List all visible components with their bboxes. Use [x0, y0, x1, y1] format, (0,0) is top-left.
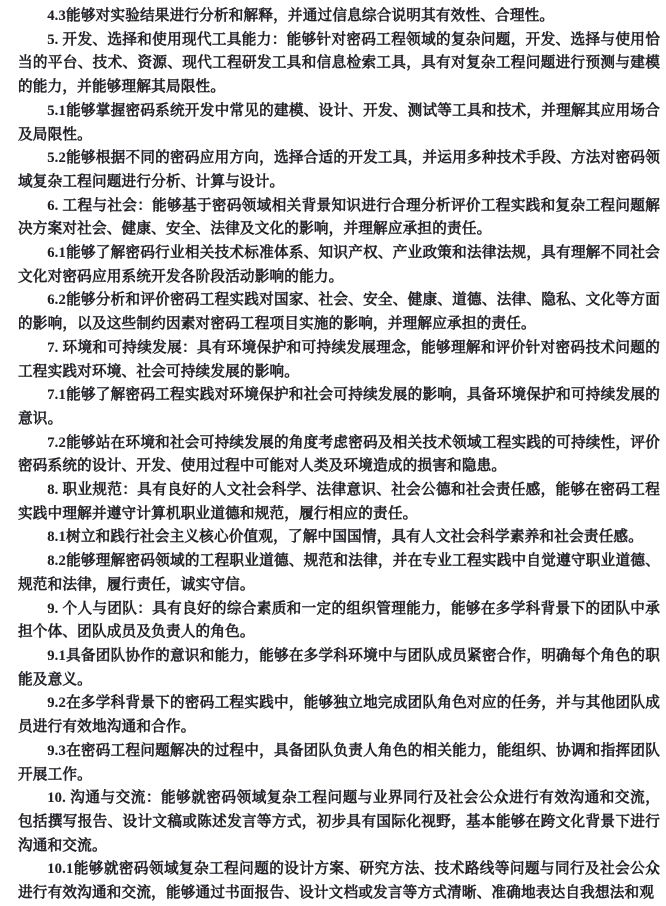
- paragraph-5-2: 5.2能够根据不同的密码应用方向，选择合适的开发工具，并运用多种技术手段、方法对…: [18, 147, 660, 194]
- paragraph-6-2: 6.2能够分析和评价密码工程实践对国家、社会、安全、健康、道德、法律、隐私、文化…: [18, 289, 660, 336]
- paragraph-9-1: 9.1具备团队协作的意识和能力，能够在多学科环境中与团队成员紧密合作，明确每个角…: [18, 645, 660, 692]
- paragraph-10: 10. 沟通与交流：能够就密码领域复杂工程问题与业界同行及社会公众进行有效沟通和…: [18, 787, 660, 858]
- paragraph-9-3: 9.3在密码工程问题解决的过程中，具备团队负责人角色的相关能力，能组织、协调和指…: [18, 740, 660, 787]
- paragraph-10-1: 10.1能够就密码领域复杂工程问题的设计方案、研究方法、技术路线等问题与同行及社…: [18, 858, 660, 905]
- paragraph-6-1: 6.1能够了解密码行业相关技术标准体系、知识产权、产业政策和法律法规，具有理解不…: [18, 242, 660, 289]
- paragraph-9-2: 9.2在多学科背景下的密码工程实践中，能够独立地完成团队角色对应的任务，并与其他…: [18, 692, 660, 739]
- document-page: 4.3能够对实验结果进行分析和解释，并通过信息综合说明其有效性、合理性。 5. …: [0, 0, 666, 906]
- paragraph-4-3: 4.3能够对实验结果进行分析和解释，并通过信息综合说明其有效性、合理性。: [18, 5, 660, 29]
- paragraph-8-2: 8.2能够理解密码领域的工程职业道德、规范和法律，并在专业工程实践中自觉遵守职业…: [18, 550, 660, 597]
- paragraph-8-1: 8.1树立和践行社会主义核心价值观，了解中国国情，具有人文社会科学素养和社会责任…: [18, 526, 660, 550]
- paragraph-9: 9. 个人与团队：具有良好的综合素质和一定的组织管理能力，能够在多学科背景下的团…: [18, 598, 660, 645]
- paragraph-6: 6. 工程与社会：能够基于密码领域相关背景知识进行合理分析评价工程实践和复杂工程…: [18, 195, 660, 242]
- paragraph-8: 8. 职业规范：具有良好的人文社会科学、法律意识、社会公德和社会责任感，能够在密…: [18, 479, 660, 526]
- paragraph-7: 7. 环境和可持续发展：具有环境保护和可持续发展理念，能够理解和评价针对密码技术…: [18, 337, 660, 384]
- paragraph-7-1: 7.1能够了解密码工程实践对环境保护和社会可持续发展的影响，具备环境保护和可持续…: [18, 384, 660, 431]
- paragraph-7-2: 7.2能够站在环境和社会可持续发展的角度考虑密码及相关技术领域工程实践的可持续性…: [18, 432, 660, 479]
- paragraph-5: 5. 开发、选择和使用现代工具能力：能够针对密码工程领域的复杂问题，开发、选择与…: [18, 29, 660, 100]
- paragraph-5-1: 5.1能够掌握密码系统开发中常见的建模、设计、开发、测试等工具和技术，并理解其应…: [18, 100, 660, 147]
